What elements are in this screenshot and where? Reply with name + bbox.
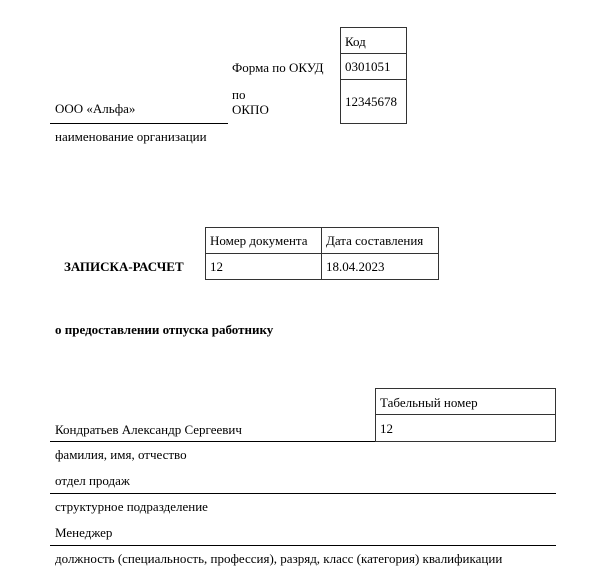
okud-label: Форма по ОКУД — [232, 60, 324, 75]
document-number-date-table: Номер документа Дата составления 12 18.0… — [205, 227, 439, 280]
position-caption: должность (специальность, профессия), ра… — [55, 551, 502, 566]
doc-date-header: Дата составления — [322, 228, 438, 254]
document-title: ЗАПИСКА-РАСЧЕТ — [64, 259, 184, 274]
doc-number-header: Номер документа — [206, 228, 322, 254]
full-name-underline — [50, 441, 375, 442]
tab-number-value: 12 — [376, 415, 555, 441]
organization-caption: наименование организации — [55, 129, 207, 144]
full-name-caption: фамилия, имя, отчество — [55, 447, 187, 462]
okpo-label-line1: по — [232, 87, 245, 102]
doc-number-value: 12 — [206, 254, 322, 279]
organization-underline — [50, 123, 228, 124]
okpo-code: 12345678 — [341, 80, 406, 123]
codes-table: Код 0301051 12345678 — [340, 27, 407, 124]
tab-number-label: Табельный номер — [376, 389, 555, 415]
okud-code: 0301051 — [341, 54, 406, 80]
tab-number-table: Табельный номер 12 — [375, 388, 556, 442]
codes-header: Код — [341, 28, 406, 54]
organization-name: ООО «Альфа» — [55, 101, 135, 116]
okpo-label-line2: ОКПО — [232, 102, 269, 117]
department-caption: структурное подразделение — [55, 499, 208, 514]
employee-full-name: Кондратьев Александр Сергеевич — [55, 422, 242, 437]
document-subtitle: о предоставлении отпуска работнику — [55, 322, 273, 337]
employee-department: отдел продаж — [55, 473, 130, 488]
department-underline — [50, 493, 556, 494]
position-underline — [50, 545, 556, 546]
doc-date-value: 18.04.2023 — [322, 254, 438, 279]
employee-position: Менеджер — [55, 525, 112, 540]
